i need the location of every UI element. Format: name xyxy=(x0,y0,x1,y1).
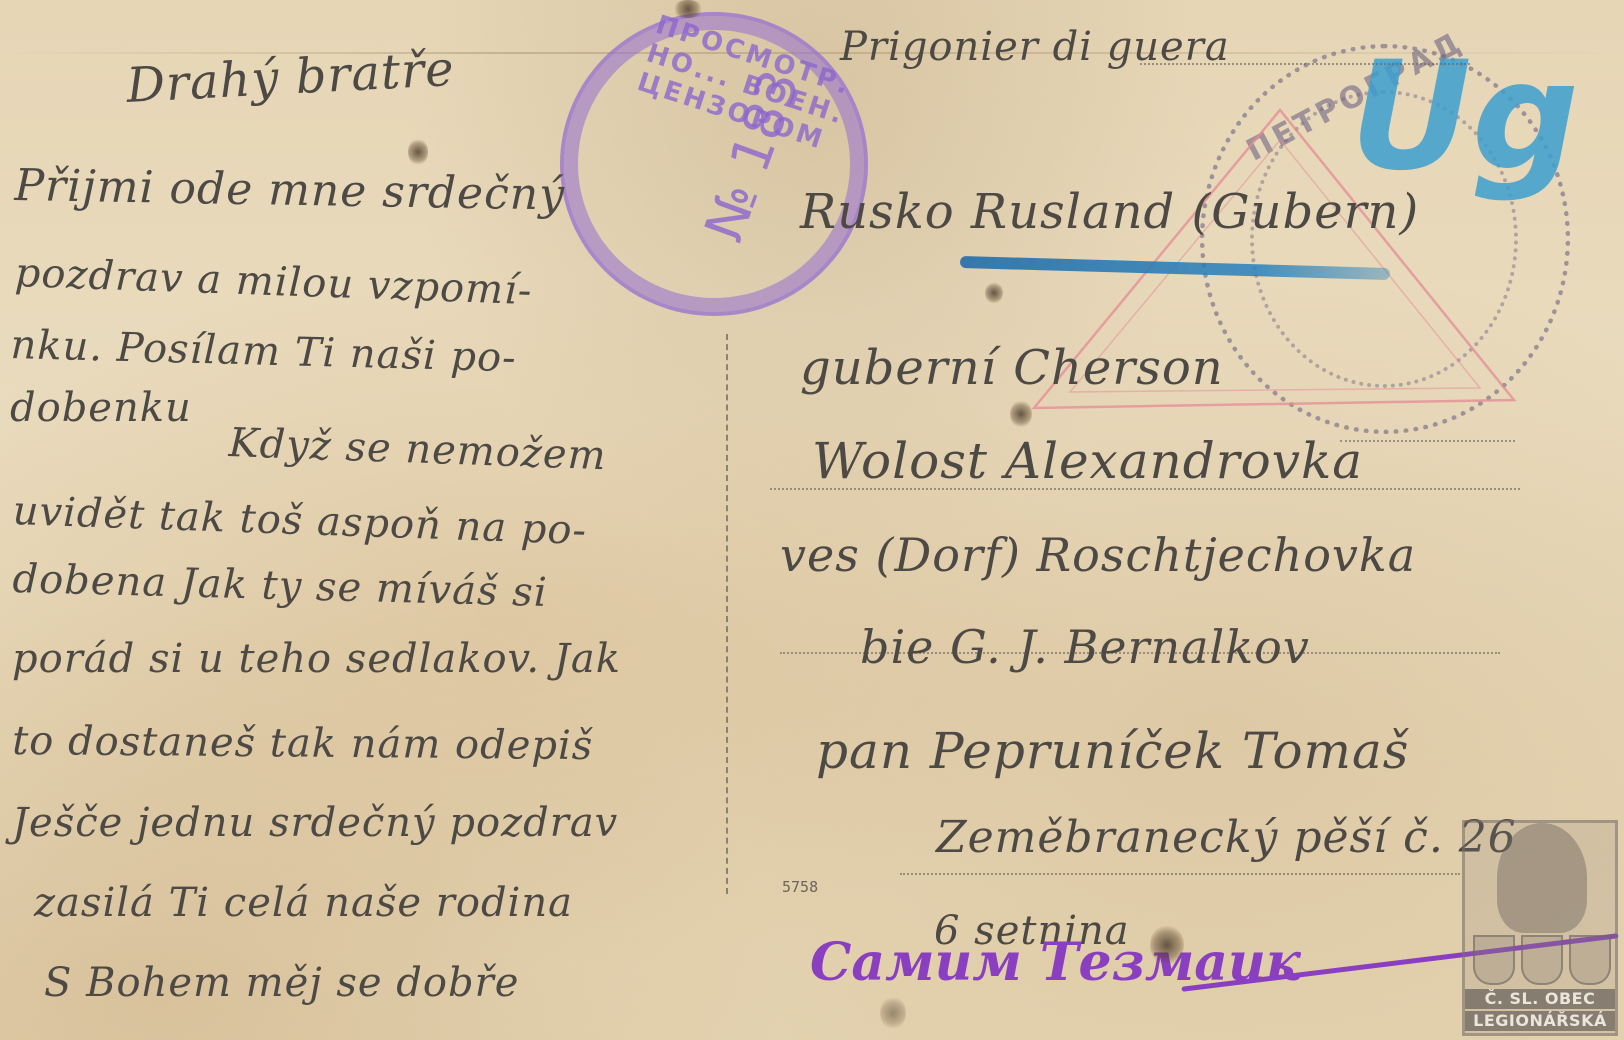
message-line: Když se nemožem xyxy=(228,420,607,479)
coat-of-arms-icon xyxy=(1473,935,1515,985)
message-line: zasilá Ti celá naše rodina xyxy=(34,880,573,926)
address-line-recipient: pan Pepruníček Tomaš xyxy=(816,722,1409,780)
stain xyxy=(672,0,704,18)
address-line-2 xyxy=(1340,440,1515,442)
address-line-village: ves (Dorf) Roschtjechovka xyxy=(780,528,1416,582)
violet-censor-stamp: ПРОСМОТР. НО... ВОЕН. ЦЕНЗОРОМ № 183 xyxy=(560,12,868,316)
address-line-regiment: Zeměbranecký pěší č. 26 xyxy=(936,812,1517,863)
message-line: Přijmi ode mne srdečný xyxy=(14,160,565,221)
soldier-helmet-icon xyxy=(1497,823,1587,933)
blue-pencil-mark: Ug xyxy=(1350,30,1579,204)
message-line: uvidět tak toš aspoň na po- xyxy=(12,488,588,554)
burn-hole xyxy=(1150,925,1184,965)
message-line: dobena Jak ty se míváš si xyxy=(12,556,548,616)
address-line-country: Rusko Rusland (Gubern) xyxy=(800,184,1419,240)
message-line: pozdrav a milou vzpomí- xyxy=(14,250,533,314)
postcard: ПРОСМОТР. НО... ВОЕН. ЦЕНЗОРОМ № 183 ПЕТ… xyxy=(0,0,1624,1040)
stain xyxy=(408,138,428,166)
address-line-wolost: Wolost Alexandrovka xyxy=(812,432,1363,490)
czechoslovak-legion-logo: Č. SL. OBEC LEGIONÁŘSKÁ xyxy=(1462,820,1618,1036)
printed-card-number: 5758 xyxy=(782,878,818,896)
message-address-divider xyxy=(726,334,728,894)
coat-of-arms-icon xyxy=(1521,935,1563,985)
message-line: to dostaneš tak nám odepiš xyxy=(12,718,593,769)
stain xyxy=(985,282,1003,304)
message-line: Ješče jednu srdečný pozdrav xyxy=(12,800,618,846)
message-line: porád si u teho sedlakov. Jak xyxy=(12,636,621,682)
address-header: Prigonier di guera xyxy=(840,24,1230,70)
stain xyxy=(1010,400,1032,428)
address-line-5 xyxy=(900,873,1460,875)
address-line-gubernia: guberní Cherson xyxy=(800,340,1224,396)
address-line-care-of: bie G. J. Bernalkov xyxy=(860,620,1310,674)
stain xyxy=(880,996,906,1030)
logo-text-line1: Č. SL. OBEC xyxy=(1465,989,1615,1009)
coat-of-arms-icon xyxy=(1569,935,1611,985)
message-line: S Bohem měj se dobře xyxy=(44,960,519,1006)
logo-text-line2: LEGIONÁŘSKÁ xyxy=(1465,1011,1615,1031)
message-line: dobenku xyxy=(10,385,192,431)
message-line: nku. Posílam Ti naši po- xyxy=(10,322,517,381)
